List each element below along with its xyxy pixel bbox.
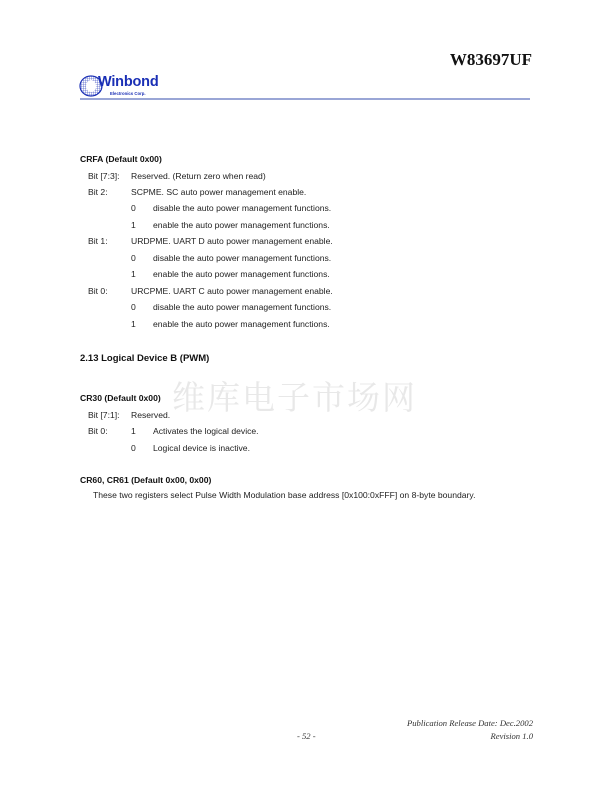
crfa-title: CRFA (Default 0x00) [80, 154, 162, 164]
watermark: 维库电子市场网 [172, 372, 417, 419]
cr30-title: CR30 (Default 0x00) [80, 393, 161, 403]
cr30-bit-label: Bit [7:1]: [88, 410, 120, 420]
crfa-value: 1 [131, 220, 136, 230]
crfa-value: 1 [131, 319, 136, 329]
crfa-bit-label: Bit 1: [88, 236, 108, 246]
crfa-bit-desc: SCPME. SC auto power management enable. [131, 187, 306, 197]
crfa-bit-desc: URDPME. UART D auto power management ena… [131, 236, 333, 246]
crfa-value-desc: enable the auto power management functio… [153, 220, 330, 230]
document-page: Winbond Electronics Corp. W83697UF 维库电子市… [0, 0, 612, 792]
cr30-value-desc: Activates the logical device. [153, 426, 259, 436]
winbond-logo: Winbond Electronics Corp. [79, 74, 179, 100]
cr30-bit-label: Bit 0: [88, 426, 108, 436]
crfa-value-desc: enable the auto power management functio… [153, 319, 330, 329]
crfa-value-desc: disable the auto power management functi… [153, 253, 331, 263]
chip-title: W83697UF [450, 50, 532, 70]
logo-wordmark: Winbond [98, 74, 158, 90]
cr30-bit-desc: Reserved. [131, 410, 170, 420]
crfa-value: 1 [131, 269, 136, 279]
crfa-bit-label: Bit 2: [88, 187, 108, 197]
cr30-value: 0 [131, 443, 136, 453]
crfa-bit-desc: Reserved. (Return zero when read) [131, 171, 266, 181]
crfa-bit-label: Bit 0: [88, 286, 108, 296]
publication-date: Publication Release Date: Dec.2002 [407, 718, 533, 728]
cr30-value-desc: Logical device is inactive. [153, 443, 250, 453]
crfa-value-desc: disable the auto power management functi… [153, 203, 331, 213]
section-heading: 2.13 Logical Device B (PWM) [80, 353, 209, 364]
logo-subtitle: Electronics Corp. [110, 91, 146, 96]
crfa-value-desc: disable the auto power management functi… [153, 302, 331, 312]
page-number: - 52 - [297, 731, 316, 741]
revision: Revision 1.0 [491, 731, 533, 741]
crfa-value: 0 [131, 302, 136, 312]
header-rule [80, 98, 530, 100]
crfa-value: 0 [131, 203, 136, 213]
cr30-value: 1 [131, 426, 136, 436]
cr60-title: CR60, CR61 (Default 0x00, 0x00) [80, 475, 211, 485]
crfa-value-desc: enable the auto power management functio… [153, 269, 330, 279]
crfa-bit-label: Bit [7:3]: [88, 171, 120, 181]
crfa-value: 0 [131, 253, 136, 263]
cr60-description: These two registers select Pulse Width M… [80, 490, 532, 502]
crfa-bit-desc: URCPME. UART C auto power management ena… [131, 286, 333, 296]
